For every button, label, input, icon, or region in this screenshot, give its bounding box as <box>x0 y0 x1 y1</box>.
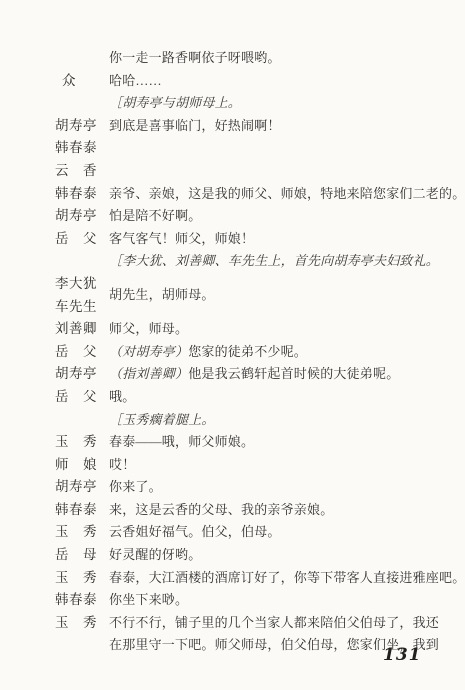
dialogue-text: 不行不行，铺子里的几个当家人都来陪伯父伯母了，我还 <box>109 612 439 635</box>
speaker-name: 韩春泰 <box>55 137 103 160</box>
stage-direction-text: ［胡寿亭与胡师母上。 <box>109 92 241 115</box>
dialogue-text: 客气客气！师父，师娘！ <box>109 228 254 251</box>
script-line: 玉 秀春泰，大江酒楼的酒席订好了，你等下带客人直接进雅座吧。 <box>0 567 465 590</box>
dialogue-text: 哈哈…… <box>109 70 162 93</box>
speaker-name: 云 香 <box>55 160 103 183</box>
speaker-name: 岳 父 <box>55 341 103 364</box>
speaker-name-group: 李大犹车先生 <box>55 273 103 318</box>
script-line: 岳 父（对胡寿亭）您家的徒弟不少呢。 <box>0 341 465 364</box>
script-line: 众哈哈…… <box>0 70 465 93</box>
dialogue-text: 云香姐好福气。伯父，伯母。 <box>109 521 281 544</box>
speaker-name: 胡寿亭 <box>55 205 103 228</box>
script-line: 胡寿亭（指刘善卿）他是我云鹤轩起首时候的大徒弟呢。 <box>0 363 465 386</box>
speaker-name: 韩春泰 <box>55 589 103 612</box>
speaker-name: 李大犹 <box>55 273 103 296</box>
dialogue-text: 哎！ <box>109 454 135 477</box>
speaker-name: 玉 秀 <box>55 612 103 635</box>
speaker-name: 胡寿亭 <box>55 115 103 138</box>
script-line: 你一走一路香啊依子呀喂哟。 <box>0 47 465 70</box>
stage-direction-text: ［李大犹、刘善卿、车先生上，首先向胡寿亭夫妇致礼。 <box>109 250 439 273</box>
script-line: 胡寿亭你来了。 <box>0 476 465 499</box>
script-line: 胡寿亭到底是喜事临门，好热闹啊！ <box>0 115 465 138</box>
script-line: 云 香 <box>0 160 465 183</box>
script-line: 玉 秀云香姐好福气。伯父，伯母。 <box>0 521 465 544</box>
script-line: 玉 秀不行不行，铺子里的几个当家人都来陪伯父伯母了，我还 <box>0 612 465 635</box>
script-line: 韩春泰来，这是云香的父母、我的亲爷亲娘。 <box>0 499 465 522</box>
dialogue-text: 来，这是云香的父母、我的亲爷亲娘。 <box>109 499 333 522</box>
script-line: 胡寿亭怕是陪不好啊。 <box>0 205 465 228</box>
speaker-name: 玉 秀 <box>55 521 103 544</box>
page-number: 131 <box>383 645 422 665</box>
dialogue-text: 师父，师母。 <box>109 318 188 341</box>
speaker-name: 刘善卿 <box>55 318 103 341</box>
script-line: 韩春泰 <box>0 137 465 160</box>
dialogue-text: 春泰，大江酒楼的酒席订好了，你等下带客人直接进雅座吧。 <box>109 567 465 590</box>
speaker-name: 岳 母 <box>55 544 103 567</box>
script-line: 岳 母好灵醒的伢哟。 <box>0 544 465 567</box>
speaker-name: 众 <box>55 70 103 93</box>
speaker-name: 师 娘 <box>55 454 103 477</box>
script-line: 韩春泰亲爷、亲娘，这是我的师父、师娘，特地来陪您家们二老的。 <box>0 183 465 206</box>
parenthetical-direction: （指刘善卿） <box>109 366 188 381</box>
script-line: 刘善卿师父，师母。 <box>0 318 465 341</box>
dialogue-text: 哦。 <box>109 386 135 409</box>
dialogue-text: 到底是喜事临门，好热闹啊！ <box>109 115 281 138</box>
speaker-name: 岳 父 <box>55 386 103 409</box>
dialogue-text: 怕是陪不好啊。 <box>109 205 201 228</box>
stage-direction-line: ［李大犹、刘善卿、车先生上，首先向胡寿亭夫妇致礼。 <box>0 250 465 273</box>
dialogue-text: 胡先生，胡师母。 <box>109 273 215 318</box>
dialogue-text: 好灵醒的伢哟。 <box>109 544 201 567</box>
dialogue-text: （指刘善卿）他是我云鹤轩起首时候的大徒弟呢。 <box>109 363 399 386</box>
script-line: 师 娘哎！ <box>0 454 465 477</box>
speaker-name: 胡寿亭 <box>55 363 103 386</box>
speaker-name: 车先生 <box>55 296 103 319</box>
dialogue-text: （对胡寿亭）您家的徒弟不少呢。 <box>109 341 307 364</box>
speaker-name: 玉 秀 <box>55 431 103 454</box>
script-line: 玉 秀春泰——哦，师父师娘。 <box>0 431 465 454</box>
dialogue-text: 春泰——哦，师父师娘。 <box>109 431 254 454</box>
script-body: 你一走一路香啊依子呀喂哟。众哈哈……［胡寿亭与胡师母上。胡寿亭到底是喜事临门，好… <box>0 47 465 657</box>
dialogue-text: 你来了。 <box>109 476 162 499</box>
speaker-name: 玉 秀 <box>55 567 103 590</box>
script-line: 李大犹车先生胡先生，胡师母。 <box>0 273 465 318</box>
speaker-name: 韩春泰 <box>55 499 103 522</box>
parenthetical-direction: （对胡寿亭） <box>109 344 188 359</box>
speaker-name: 岳 父 <box>55 228 103 251</box>
script-page: 你一走一路香啊依子呀喂哟。众哈哈……［胡寿亭与胡师母上。胡寿亭到底是喜事临门，好… <box>0 0 465 690</box>
speaker-name: 韩春泰 <box>55 183 103 206</box>
stage-direction-line: ［玉秀瘸着腿上。 <box>0 409 465 432</box>
dialogue-text: 你一走一路香啊依子呀喂哟。 <box>109 47 281 70</box>
script-line: 岳 父客气客气！师父，师娘！ <box>0 228 465 251</box>
speaker-name: 胡寿亭 <box>55 476 103 499</box>
dialogue-text: 亲爷、亲娘，这是我的师父、师娘，特地来陪您家们二老的。 <box>109 183 465 206</box>
dialogue-text: 你坐下来唦。 <box>109 589 188 612</box>
script-line: 韩春泰你坐下来唦。 <box>0 589 465 612</box>
stage-direction-text: ［玉秀瘸着腿上。 <box>109 409 215 432</box>
script-line: 岳 父哦。 <box>0 386 465 409</box>
stage-direction-line: ［胡寿亭与胡师母上。 <box>0 92 465 115</box>
